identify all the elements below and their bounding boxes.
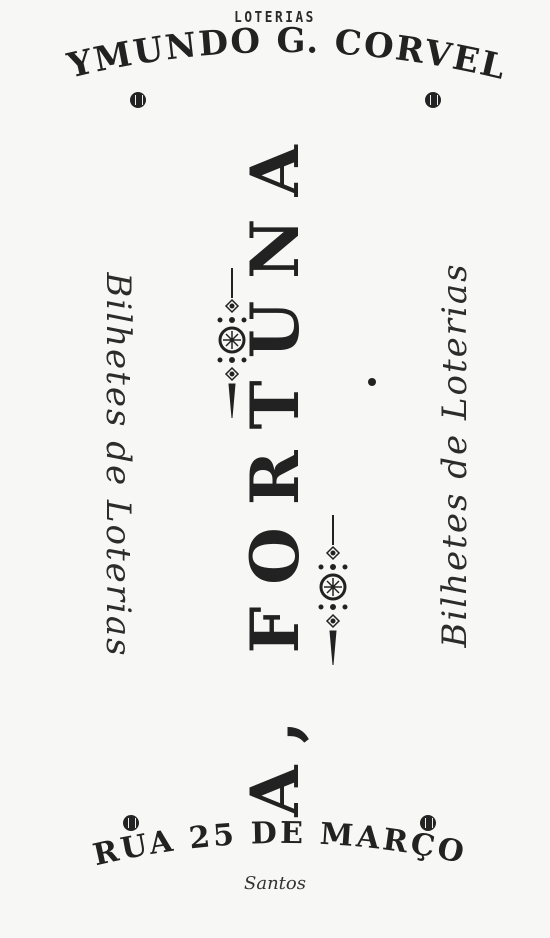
medallion-ornament-icon [212, 268, 252, 418]
svg-text:RUA 25 DE MARÇO: RUA 25 DE MARÇO [90, 820, 470, 873]
footer-city: Santos [0, 873, 550, 894]
svg-text:RAYMUNDO G. CORVELLO: RAYMUNDO G. CORVELLO [0, 20, 511, 88]
header-name-arc: RAYMUNDO G. CORVELLO [0, 20, 550, 100]
dot-ornament [368, 378, 376, 386]
medallion-ornament-icon [313, 515, 353, 665]
round-seal-icon [130, 92, 146, 108]
footer-address: RUA 25 DE MARÇO [90, 820, 470, 873]
header-name: RAYMUNDO G. CORVELLO [0, 20, 511, 88]
side-left-text: Bilhetes de Loterias [98, 272, 138, 657]
main-title: A, FORTUNA [236, 123, 314, 816]
side-right-text: Bilhetes de Loterias [435, 262, 475, 647]
round-seal-icon [425, 92, 441, 108]
